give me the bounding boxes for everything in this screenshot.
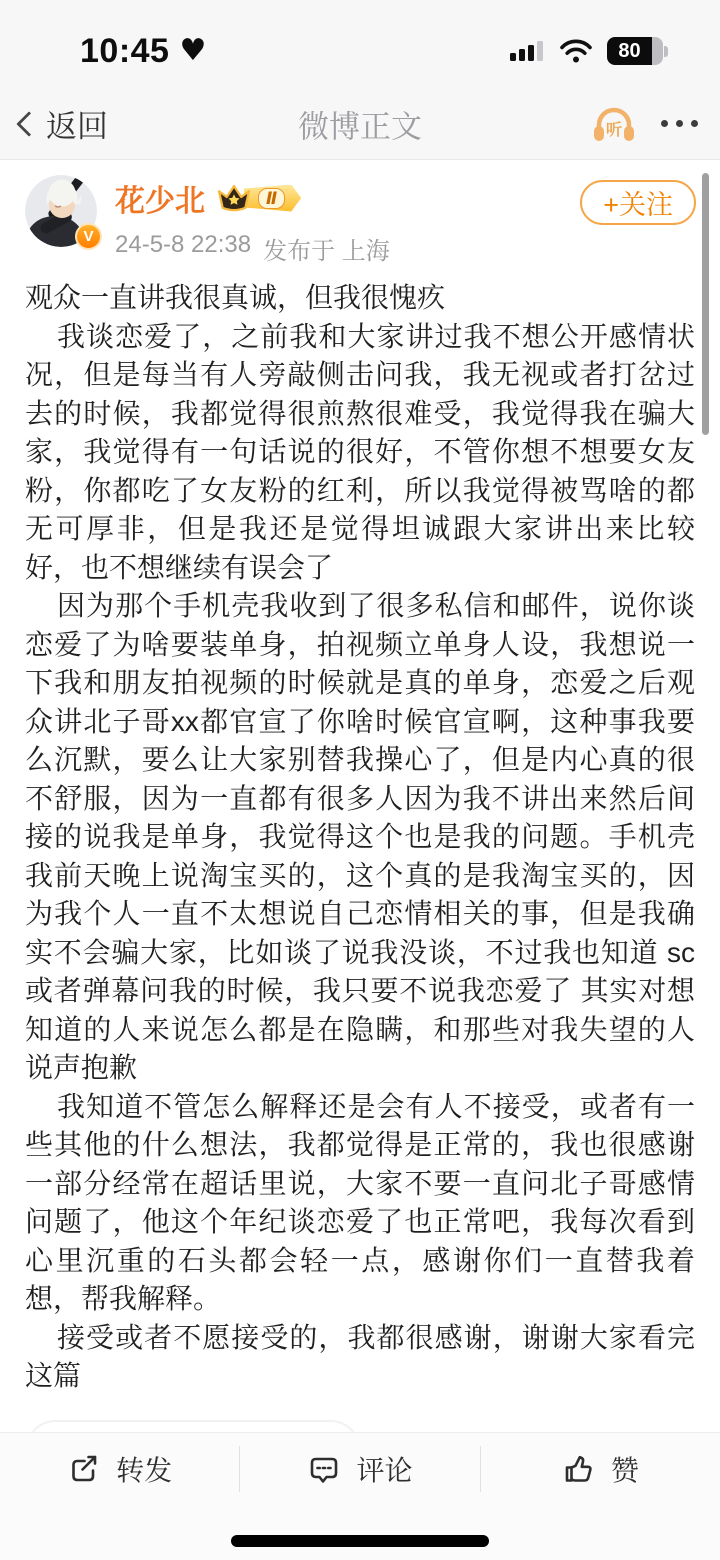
page-title: 微博正文 [298, 101, 422, 146]
scrollbar-thumb[interactable] [702, 173, 709, 435]
wifi-icon [559, 38, 593, 64]
battery-cap [664, 46, 668, 57]
status-right: 80 [509, 37, 668, 65]
top-chrome: 10:45 ♥ 80 [0, 0, 720, 160]
weibo-post-detail-screen: 10:45 ♥ 80 [0, 0, 720, 1560]
follow-button[interactable]: +关注 [580, 180, 696, 225]
username[interactable]: 花少北 [115, 176, 205, 220]
post-meta: 24-5-8 22:38 发布于 上海 [115, 231, 568, 266]
nav-right-actions: 听 [591, 88, 700, 159]
more-options-button[interactable] [659, 108, 700, 139]
status-left: 10:45 ♥ [80, 32, 206, 71]
comment-button[interactable]: 评论 [240, 1449, 479, 1489]
back-chevron-icon [16, 111, 41, 136]
battery-empty-segment [652, 37, 663, 65]
verified-v-icon: V [75, 223, 102, 250]
home-indicator[interactable] [231, 1535, 489, 1547]
post-paragraph: 因为那个手机壳我收到了很多私信和邮件，说你谈恋爱了为啥要装单身，拍视频立单身人设… [25, 587, 695, 1088]
repost-label: 转发 [116, 1449, 172, 1489]
comment-icon [307, 1452, 341, 1486]
post-paragraph: 观众一直讲我很真诚，但我很愧疚 [25, 279, 695, 318]
cellular-signal-icon [509, 39, 545, 63]
like-button[interactable]: 赞 [481, 1449, 720, 1489]
repost-icon [67, 1452, 101, 1486]
post-paragraph: 接受或者不愿接受的，我都很感谢，谢谢大家看完这篇 [25, 1319, 695, 1396]
publish-location: 发布于 上海 [263, 231, 390, 266]
more-dot [661, 120, 668, 127]
post-paragraph: 我谈恋爱了，之前我和大家讲过我不想公开感情状况，但是每当有人旁敲侧击问我，我无视… [25, 318, 695, 588]
post-paragraph: 我知道不管怎么解释还是会有人不接受，或者有一些其他的什么想法，我都觉得是正常的，… [25, 1088, 695, 1319]
back-label: 返回 [46, 101, 108, 146]
user-info: 花少北 Ⅱ 24-5-8 22:38 发布于 上海 [115, 175, 568, 266]
thumbs-up-icon [562, 1452, 596, 1486]
vip-level-label: Ⅱ [258, 188, 285, 209]
comment-label: 评论 [356, 1449, 412, 1489]
status-bar: 10:45 ♥ 80 [0, 0, 720, 88]
back-button[interactable]: 返回 [0, 93, 122, 154]
post-header: V 花少北 Ⅱ 24-5-8 22:38 发布于 上海 [0, 160, 720, 266]
publish-time: 24-5-8 22:38 [115, 231, 251, 266]
battery-percent: 80 [607, 37, 652, 65]
vip-badge[interactable]: Ⅱ [215, 182, 301, 215]
bottom-toolbar: 转发 评论 赞 [0, 1432, 720, 1560]
toolbar-row: 转发 评论 赞 [0, 1433, 720, 1505]
more-dot [676, 120, 683, 127]
post-content: 观众一直讲我很真诚，但我很愧疚 我谈恋爱了，之前我和大家讲过我不想公开感情状况，… [0, 266, 720, 1396]
heart-icon: ♥ [179, 36, 206, 66]
listen-audio-button[interactable]: 听 [591, 104, 637, 144]
battery-icon: 80 [607, 37, 668, 65]
avatar[interactable]: V [25, 175, 97, 247]
more-dot [691, 120, 698, 127]
listen-label: 听 [606, 117, 622, 140]
like-label: 赞 [611, 1449, 639, 1489]
crown-icon [215, 182, 253, 215]
status-time: 10:45 [80, 32, 169, 71]
username-row: 花少北 Ⅱ [115, 176, 568, 220]
nav-bar: 返回 微博正文 听 [0, 88, 720, 160]
repost-button[interactable]: 转发 [0, 1449, 239, 1489]
